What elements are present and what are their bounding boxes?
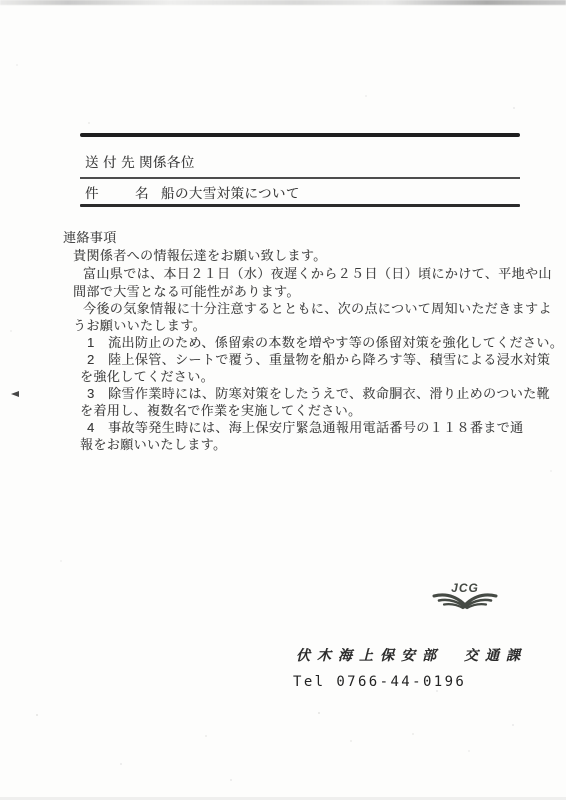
body-line: 貴関係者への情報伝達をお願い致します。 [73,249,327,263]
body-line: うお願いいたします。 [73,319,206,333]
subject-label-right: 名 [135,187,149,201]
jcg-logo-text: JCG [451,581,479,595]
section-title: 連絡事項 [63,231,117,245]
header-rule-middle [80,177,520,179]
list-item-1: 1 流出防止のため、係留索の本数を増やす等の係留対策を強化してください。 [87,336,563,350]
to-label: 送 付 先 [85,156,135,170]
subject-value: 船の大雪対策について [161,187,300,201]
subject-label-left: 件 [85,187,99,201]
list-item-2-continued: を強化してください。 [80,370,214,384]
header-rule-top [80,133,520,137]
body-line: 今後の気象情報に十分注意するとともに、次の点について周知いただきますよ [83,302,552,316]
scan-edge-arrow-mark [11,391,19,397]
scan-top-smudge [0,0,566,5]
header-rule-bottom [80,204,520,207]
list-item-3-continued: を着用し、複数名で作業を実施してください。 [80,404,361,418]
list-item-2: 2 陸上保管、シートで覆う、重量物を船から降ろす等、積雪による浸水対策 [87,353,550,367]
issuing-office-name: 伏木海上保安部 交通課 [296,645,527,665]
to-value: 関係各位 [139,156,195,170]
list-item-3: 3 除雪作業時には、防寒対策をしたうえで、救命胴衣、滑り止めのついた靴 [87,387,550,401]
scan-noise-specks [0,0,2,2]
body-line: 間部で大雪となる可能性があります。 [73,285,300,299]
body-line: 富山県では、本日２１日（水）夜遅くから２５日（日）頃にかけて、平地や山 [83,267,552,281]
scanned-document-page: 送 付 先 関係各位 件 名 船の大雪対策について 連絡事項 貴関係者への情報伝… [0,0,566,800]
telephone-number: Tel 0766-44-0196 [293,674,466,690]
list-item-4-continued: 報をお願いいたします。 [80,438,226,452]
list-item-4: 4 事故等発生時には、海上保安庁緊急通報用電話番号の１１８番まで通 [87,421,523,435]
jcg-coast-guard-logo-icon: JCG [431,579,499,619]
